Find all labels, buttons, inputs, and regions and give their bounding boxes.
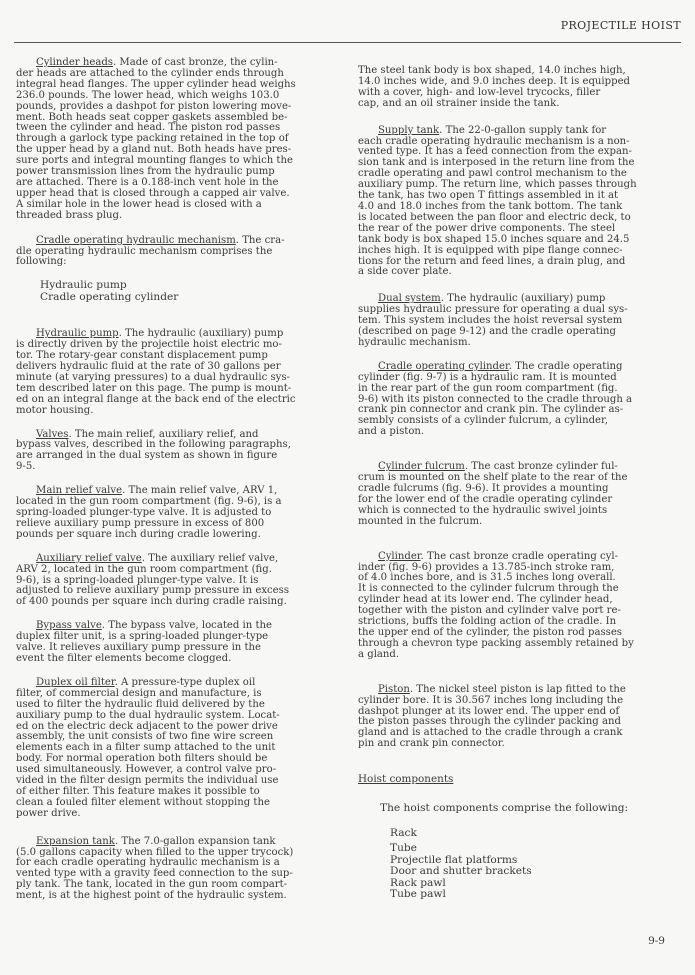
header-rule [14, 42, 681, 43]
paragraph-dual-system: Dual system. The hydraulic (auxiliary) p… [358, 294, 688, 349]
paragraph-expansion-tank-continued: The steel tank body is box shaped, 14.0 … [358, 66, 688, 110]
paragraph-auxiliary-relief-valve: Auxiliary relief valve. The auxiliary re… [16, 554, 334, 609]
paragraph-piston: Piston. The nickel steel piston is lap f… [358, 685, 688, 750]
running-header-title: PROJECTILE HOIST [561, 19, 681, 32]
paragraph-heading: Bypass valve [36, 620, 102, 631]
paragraph-heading: Piston [378, 684, 410, 695]
paragraph-heading: Hydraulic pump [36, 328, 119, 339]
paragraph-heading: Cradle operating cylinder [378, 361, 509, 372]
paragraph-cylinder: Cylinder. The cast bronze cradle operati… [358, 552, 688, 661]
right-column: The steel tank body is box shaped, 14.0 … [358, 66, 688, 914]
paragraph-cradle-operating-cylinder: Cradle operating cylinder. The cradle op… [358, 362, 688, 438]
paragraph-cradle-mechanism: Cradle operating hydraulic mechanism. Th… [16, 236, 334, 269]
hoist-components-intro: The hoist components comprise the follow… [380, 803, 688, 814]
paragraph-valves: Valves. The main relief, auxiliary relie… [16, 430, 334, 474]
paragraph-heading: Cylinder fulcrum [378, 461, 465, 472]
paragraph-expansion-tank: Expansion tank. The 7.0-gallon expansion… [16, 837, 334, 902]
paragraph-supply-tank: Supply tank. The 22-0-gallon supply tank… [358, 126, 688, 279]
paragraph-heading: Expansion tank [36, 836, 115, 847]
paragraph-duplex-oil-filter: Duplex oil filter. A pressure-type duple… [16, 678, 334, 820]
cradle-mechanism-list: Hydraulic pump Cradle operating cylinder [40, 280, 334, 303]
paragraph-heading: Cylinder [378, 551, 421, 562]
section-heading-hoist-components: Hoist components [358, 774, 688, 785]
paragraph-cylinder-fulcrum: Cylinder fulcrum. The cast bronze cylind… [358, 462, 688, 527]
page-number: 9-9 [648, 935, 665, 947]
left-column: Cylinder heads. Made of cast bronze, the… [16, 58, 334, 915]
list-item: Cradle operating cylinder [40, 292, 334, 304]
paragraph-heading: Cradle operating hydraulic mechanism [36, 235, 236, 246]
paragraph-heading: Duplex oil filter [36, 677, 115, 688]
paragraph-cylinder-heads: Cylinder heads. Made of cast bronze, the… [16, 58, 334, 222]
paragraph-heading: Dual system [378, 293, 441, 304]
paragraph-bypass-valve: Bypass valve. The bypass valve, located … [16, 621, 334, 665]
paragraph-heading: Valves [36, 429, 68, 440]
paragraph-main-relief-valve: Main relief valve. The main relief valve… [16, 486, 334, 541]
hoist-components-list: Rack Tube Projectile flat platforms Door… [390, 828, 688, 901]
paragraph-hydraulic-pump: Hydraulic pump. The hydraulic (auxiliary… [16, 329, 334, 416]
paragraph-heading: Main relief valve [36, 485, 122, 496]
paragraph-heading: Supply tank [378, 125, 439, 136]
list-item: Tube pawl [390, 889, 688, 901]
list-item: Rack [390, 828, 688, 840]
paragraph-heading: Cylinder heads [36, 57, 113, 68]
paragraph-heading: Auxiliary relief valve [36, 553, 142, 564]
